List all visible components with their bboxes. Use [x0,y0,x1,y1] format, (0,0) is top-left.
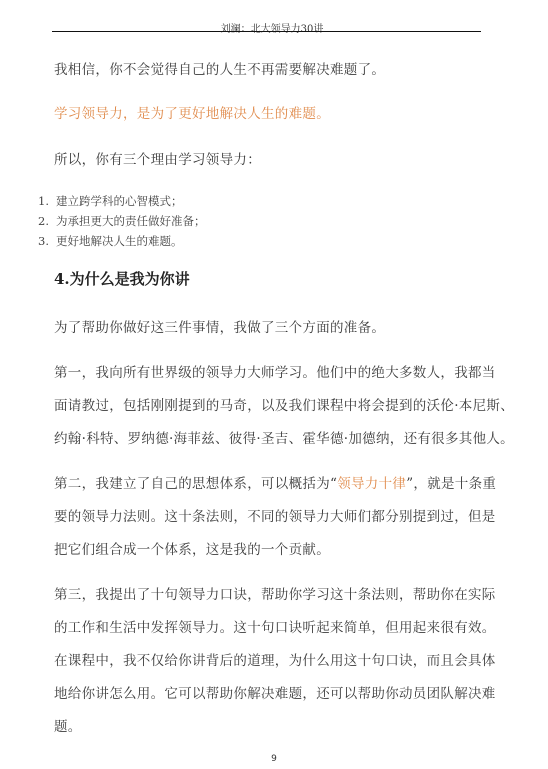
page-number: 9 [0,754,548,764]
paragraph-third-line: 第三，我提出了十句领导力口诀，帮助你学习这十条法则，帮助你在实际 [54,583,496,603]
highlight-term: 领导力十律 [337,476,406,492]
paragraph-first-line: 面请教过，包括刚刚提到的马奇，以及我们课程中将会提到的沃伦·本尼斯、 [54,394,514,414]
paragraph-three-reasons: 所以，你有三个理由学习领导力： [54,148,261,168]
paragraph-second-line: 要的领导力法则。这十条法则，不同的领导力大师们都分别提到过，但是 [54,505,496,525]
paragraph-third-line: 在课程中，我不仅给你讲背后的道理，为什么用这十句口诀，而且会具体 [54,649,496,669]
list-item: 1.建立跨学科的心智模式； [38,191,206,211]
paragraph-third-line: 题。 [54,715,82,735]
paragraph-highlight: 学习领导力，是为了更好地解决人生的难题。 [54,102,330,122]
list-item: 2.为承担更大的责任做好准备； [38,211,206,231]
paragraph-third-line: 的工作和生活中发挥领导力。这十句口诀听起来简单，但用起来很有效。 [54,616,496,636]
paragraph-belief: 我相信，你不会觉得自己的人生不再需要解决难题了。 [54,58,385,78]
header-divider [52,31,481,32]
paragraph-second-line: 第二，我建立了自己的思想体系，可以概括为“领导力十律”，就是十条重 [54,472,496,492]
paragraph-intro: 为了帮助你做好这三件事情，我做了三个方面的准备。 [54,316,385,336]
paragraph-first-line: 约翰·科特、罗纳德·海菲兹、彼得·圣吉、霍华德·加德纳，还有很多其他人。 [54,427,514,447]
paragraph-third-line: 地给你讲怎么用。它可以帮助你解决难题，还可以帮助你动员团队解决难 [54,682,496,702]
running-header: 刘澜：北大领导力30讲 [52,20,492,35]
paragraph-first-line: 第一，我向所有世界级的领导力大师学习。他们中的绝大多数人，我都当 [54,361,496,381]
paragraph-second-line: 把它们组合成一个体系，这是我的一个贡献。 [54,538,330,558]
reasons-list: 1.建立跨学科的心智模式； 2.为承担更大的责任做好准备； 3.更好地解决人生的… [38,191,206,251]
section-heading: 4.为什么是我为你讲 [54,268,190,289]
list-item: 3.更好地解决人生的难题。 [38,231,206,251]
